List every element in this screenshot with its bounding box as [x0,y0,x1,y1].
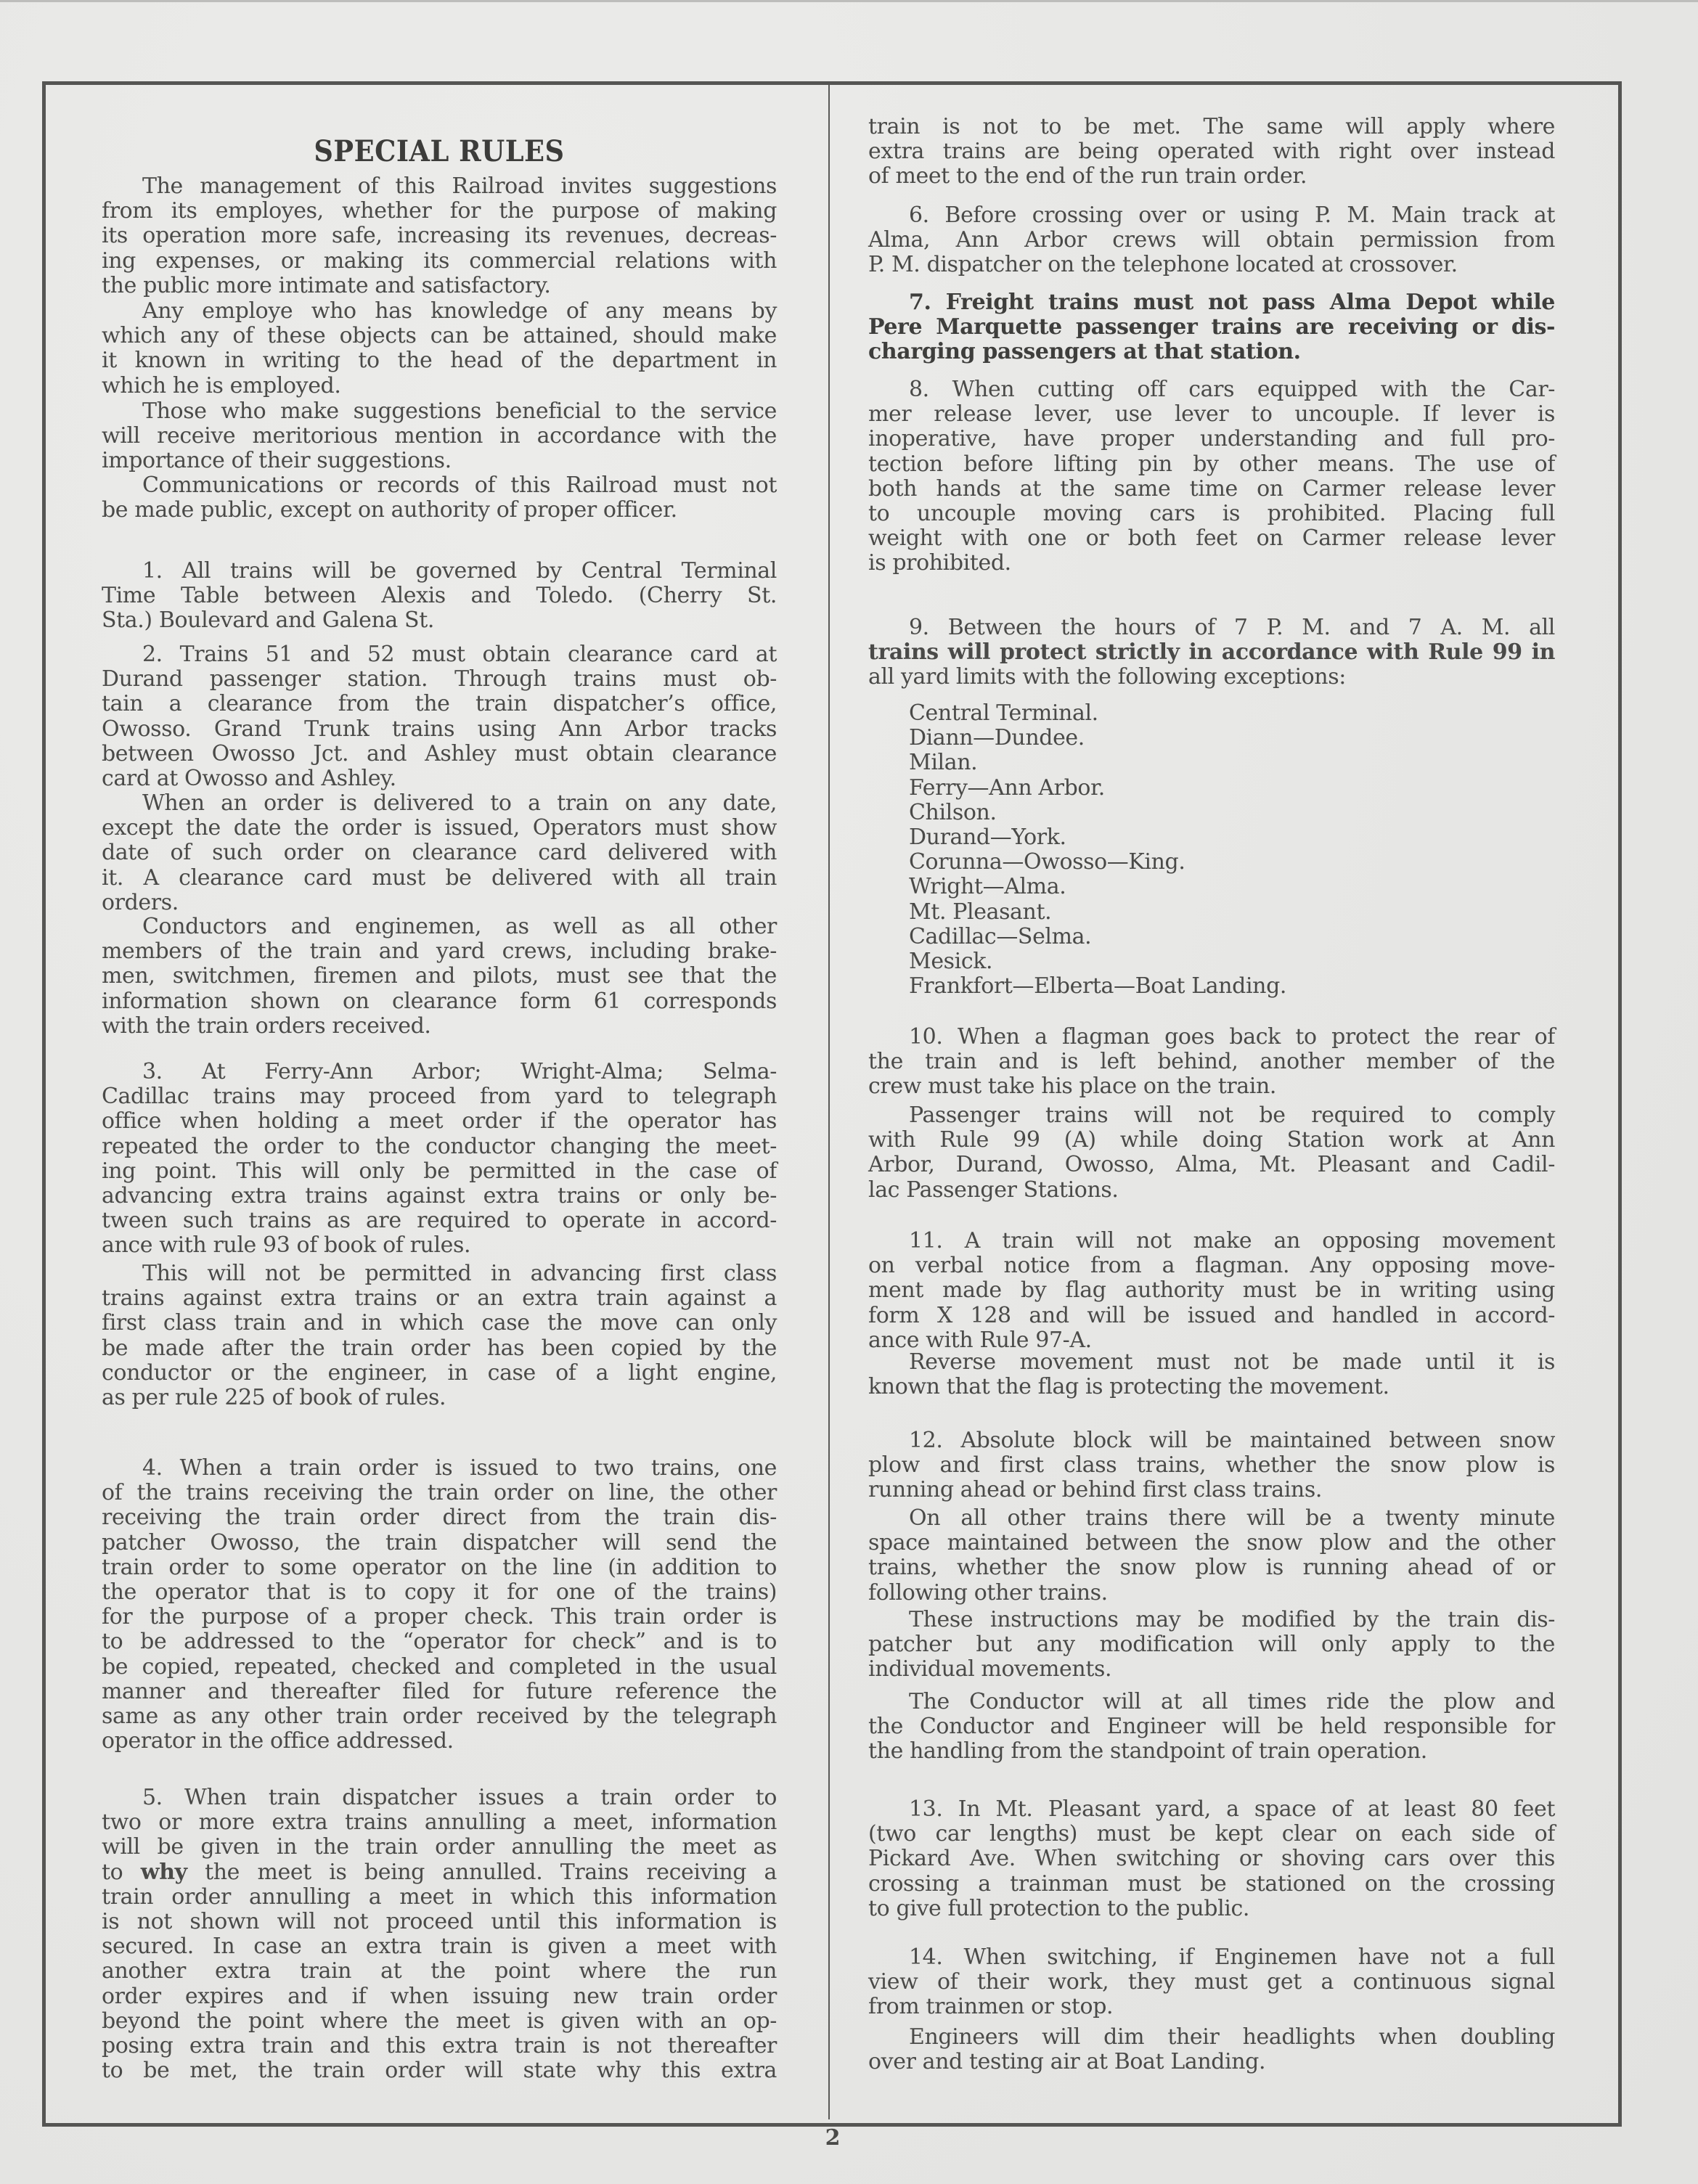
text-line: order expires and if when issuing new tr… [102,1984,777,2009]
text-line: crossing a trainman must be stationed on… [868,1872,1555,1897]
text-line: 4. When a train order is issued to two t… [102,1456,777,1481]
text-line: patcher but any modification will only a… [868,1632,1555,1657]
text-line: the public more intimate and satisfactor… [102,274,777,298]
text-line: card at Owosso and Ashley. [102,766,777,791]
list-item: Durand—York. [868,825,1555,850]
text-line: for the purpose of a proper check. This … [102,1605,777,1629]
text-line: 10. When a flagman goes back to protect … [868,1025,1555,1050]
text-line: The Conductor will at all times ride the… [868,1690,1555,1714]
list-item: Mesick. [868,949,1555,974]
text-line: posing extra train and this extra train … [102,2034,777,2058]
text-line: Pickard Ave. When switching or shoving c… [868,1846,1555,1871]
text-line: train order to some operator on the line… [102,1555,777,1580]
column-divider [828,85,830,2119]
list-item: Corunna—Owosso—King. [868,850,1555,875]
text-line: will receive meritorious mention in acco… [102,424,777,449]
text-line: trains against extra trains or an extra … [102,1286,777,1311]
text-line: 11. A train will not make an opposing mo… [868,1229,1555,1253]
text-line: is not shown will not proceed until this… [102,1910,777,1934]
text-line: 9. Between the hours of 7 P. M. and 7 A.… [868,615,1555,640]
text-line: extra trains are being operated with rig… [868,139,1555,164]
list-item: Cadillac—Selma. [868,925,1555,949]
text-line: weight with one or both feet on Carmer r… [868,526,1555,551]
list-item: Diann—Dundee. [868,726,1555,751]
text-line: plow and first class trains, whether the… [868,1453,1555,1478]
text-line: trains, whether the snow plow is running… [868,1555,1555,1580]
text-line: is prohibited. [868,551,1555,576]
text-line: lac Passenger Stations. [868,1178,1555,1203]
text-line: ance with rule 93 of book of rules. [102,1233,777,1258]
text-line: tection before lifting pin by other mean… [868,452,1555,477]
text-line: as per rule 225 of book of rules. [102,1386,777,1410]
text-line: train is not to be met. The same will ap… [868,115,1555,139]
text-line: ing point. This will only be permitted i… [102,1159,777,1184]
text-line: with the train orders received. [102,1014,777,1039]
text-line: ment made by flag authority must be in w… [868,1278,1555,1303]
text-line: following other trains. [868,1581,1555,1606]
text-line: Cadillac trains may proceed from yard to… [102,1084,777,1109]
text-line: Owosso. Grand Trunk trains using Ann Arb… [102,717,777,742]
text-line: the train and is left behind, another me… [868,1050,1555,1074]
text-line: 14. When switching, if Enginemen have no… [868,1945,1555,1970]
text-line: charging passengers at that station. [868,340,1555,364]
text-line: Durand passenger station. Through trains… [102,667,777,692]
text-line: be made after the train order has been c… [102,1336,777,1361]
text-line: same as any other train order received b… [102,1704,777,1729]
text-line: secured. In case an extra train is given… [102,1934,777,1959]
text-line: advancing extra trains against extra tra… [102,1184,777,1208]
text-line: another extra train at the point where t… [102,1959,777,1984]
text-line: crew must take his place on the train. [868,1074,1555,1099]
list-item: Mt. Pleasant. [868,900,1555,925]
text-line: tain a clearance from the train dispatch… [102,692,777,716]
text-line: which he is employed. [102,374,777,398]
text-line: Any employe who has knowledge of any mea… [102,299,777,324]
text-line: which any of these objects can be attain… [102,324,777,348]
text-line: members of the train and yard crews, inc… [102,939,777,964]
text-line: (two car lengths) must be kept clear on … [868,1822,1555,1846]
text-line: 3. At Ferry-Ann Arbor; Wright-Alma; Selm… [102,1060,777,1084]
text-line: except the date the order is issued, Ope… [102,816,777,841]
list-item: Frankfort—Elberta—Boat Landing. [868,974,1555,999]
text-line: it known in writing to the head of the d… [102,348,777,373]
text-line: ing expenses, or making its commercial r… [102,249,777,274]
text-line: space maintained between the snow plow a… [868,1531,1555,1555]
text-line: be copied, repeated, checked and complet… [102,1655,777,1680]
text-line: it. A clearance card must be delivered w… [102,866,777,891]
text-line: of the trains receiving the train order … [102,1481,777,1505]
text-line: the handling from the standpoint of trai… [868,1739,1555,1764]
text-line: will be given in the train order annulli… [102,1835,777,1860]
text-line: receiving the train order direct from th… [102,1505,777,1530]
text-line: conductor or the engineer, in case of a … [102,1361,777,1386]
text-line: its operation more safe, increasing its … [102,224,777,248]
text-line: to uncouple moving cars is prohibited. P… [868,502,1555,526]
list-item: Chilson. [868,801,1555,825]
text-line: This will not be permitted in advancing … [102,1261,777,1286]
text-line: office when holding a meet order if the … [102,1109,777,1134]
text-line: 2. Trains 51 and 52 must obtain clearanc… [102,642,777,667]
text-line: Pere Marquette passenger trains are rece… [868,315,1555,340]
text-line: Communications or records of this Railro… [102,473,777,498]
text-line: individual movements. [868,1657,1555,1682]
text-line: beyond the point where the meet is given… [102,2009,777,2034]
list-item: Central Terminal. [868,701,1555,726]
text-line: from its employes, whether for the purpo… [102,199,777,224]
text-line: information shown on clearance form 61 c… [102,989,777,1014]
text-line: The management of this Railroad invites … [102,174,777,199]
text-line: on verbal notice from a flagman. Any opp… [868,1253,1555,1278]
text-line: Alma, Ann Arbor crews will obtain permis… [868,228,1555,253]
text-line: repeated the order to the conductor chan… [102,1134,777,1159]
text-line: from trainmen or stop. [868,1995,1555,2019]
text-line: Reverse movement must not be made until … [868,1350,1555,1375]
text-line: 8. When cutting off cars equipped with t… [868,377,1555,402]
page-title: SPECIAL RULES [128,134,750,168]
text-line: to be met, the train order will state wh… [102,2058,777,2083]
text-line: Those who make suggestions beneficial to… [102,399,777,424]
text-line: men, switchmen, firemen and pilots, must… [102,964,777,989]
text-line: of meet to the end of the run train orde… [868,164,1555,189]
text-line: 1. All trains will be governed by Centra… [102,559,777,584]
text-line: mer release lever, use lever to uncouple… [868,402,1555,427]
text-line: train order annulling a meet in which th… [102,1885,777,1910]
text-line: 5. When train dispatcher issues a train … [102,1786,777,1810]
text-line: orders. [102,891,777,915]
text-line: with Rule 99 (A) while doing Station wor… [868,1128,1555,1153]
text-line: all yard limits with the following excep… [868,665,1555,690]
text-line: both hands at the same time on Carmer re… [868,477,1555,502]
text-line: the operator that is to copy it for one … [102,1580,777,1605]
list-item: Wright—Alma. [868,875,1555,899]
text-line: the Conductor and Engineer will be held … [868,1714,1555,1739]
text-line: patcher Owosso, the train dispatcher wil… [102,1531,777,1555]
text-line: Engineers will dim their headlights when… [868,2025,1555,2050]
text-line: first class train and in which case the … [102,1311,777,1336]
list-item: Ferry—Ann Arbor. [868,776,1555,801]
text-line: Time Table between Alexis and Toledo. (C… [102,584,777,608]
text-line: between Owosso Jct. and Ashley must obta… [102,742,777,766]
text-line: to give full protection to the public. [868,1897,1555,1921]
text-line: manner and thereafter filed for future r… [102,1680,777,1704]
text-line: These instructions may be modified by th… [868,1608,1555,1632]
text-line: On all other trains there will be a twen… [868,1506,1555,1531]
text-line: trains will protect strictly in accordan… [868,640,1555,665]
text-line: date of such order on clearance card del… [102,841,777,865]
list-item: Milan. [868,751,1555,775]
text-line: running ahead or behind first class trai… [868,1478,1555,1502]
text-line: be made public, except on authority of p… [102,498,777,523]
text-line: form X 128 and will be issued and handle… [868,1304,1555,1328]
text-line: to be addressed to the “operator for che… [102,1629,777,1654]
text-line: 13. In Mt. Pleasant yard, a space of at … [868,1797,1555,1822]
text-line: Sta.) Boulevard and Galena St. [102,608,777,633]
text-line: inoperative, have proper understanding a… [868,427,1555,451]
text-line: view of their work, they must get a cont… [868,1970,1555,1995]
text-line: 6. Before crossing over or using P. M. M… [868,203,1555,228]
text-line: importance of their suggestions. [102,449,777,473]
text-line: two or more extra trains annulling a mee… [102,1810,777,1835]
page-top-edge [0,0,1698,2]
text-line: 7. Freight trains must not pass Alma Dep… [868,290,1555,315]
text-line: When an order is delivered to a train on… [102,791,777,816]
text-line: P. M. dispatcher on the telephone locate… [868,253,1555,277]
text-line: Conductors and enginemen, as well as all… [102,915,777,939]
text-line: over and testing air at Boat Landing. [868,2050,1555,2074]
text-line: to why the meet is being annulled. Train… [102,1860,777,1885]
text-line: 12. Absolute block will be maintained be… [868,1428,1555,1453]
text-line: Passenger trains will not be required to… [868,1103,1555,1128]
text-line: operator in the office addressed. [102,1729,777,1754]
page-number: 2 [820,2125,845,2151]
text-line: known that the flag is protecting the mo… [868,1375,1555,1399]
text-line: Arbor, Durand, Owosso, Alma, Mt. Pleasan… [868,1153,1555,1177]
text-line: tween such trains as are required to ope… [102,1208,777,1233]
